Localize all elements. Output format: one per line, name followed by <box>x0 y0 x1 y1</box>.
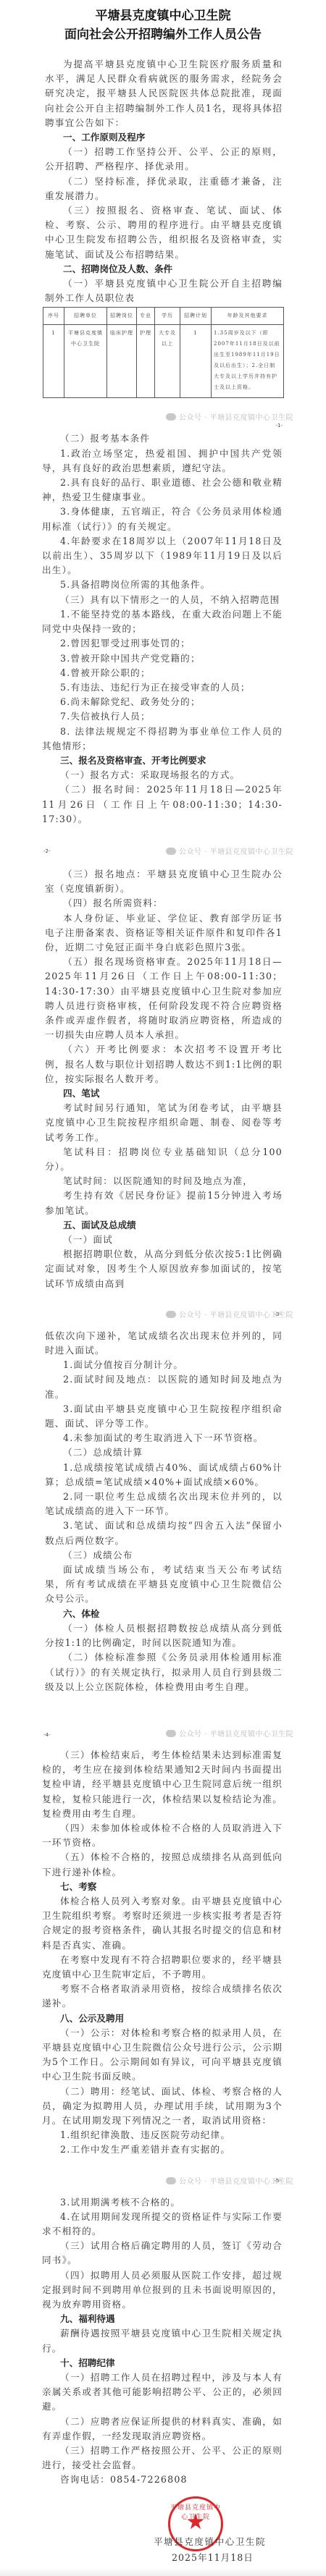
page-break-1: 公众号 · 平塘县克度镇中心卫生院 -1- <box>0 410 326 431</box>
subheading: （一）面试 <box>45 1233 283 1247</box>
title-line-2: 面向社会公开招聘编外工作人员公告 <box>0 25 326 44</box>
paragraph: 体检合格人员列入考察对象。由平塘县克度镇中心卫生院组织考察。考察时还须进一步核实… <box>42 1894 283 1953</box>
paragraph: （三）试用合格后确定聘用的人员，签订《劳动合同书》。 <box>42 2239 283 2268</box>
paragraph: （四）报名所需资料： <box>45 896 283 911</box>
paragraph: 8. 法律法规规定不得招聘为事业单位工作人员的其他情形； <box>42 725 283 753</box>
paragraph: 5.有违法、违纪行为正在接受审查的人员； <box>42 680 283 695</box>
paragraph: （三）招聘工作严格按照公开、公平、公正的原则进行，接受社会监督。 <box>42 2444 283 2472</box>
paragraph: （二）报名时间：2025年11月18日—2025年11月26日（工作日上午08:… <box>42 782 283 827</box>
paragraph: 本人身份证、毕业证、学位证、教育部学历证书电子注册备案表、资格证等相关证件原件和… <box>45 911 283 955</box>
col-header: 序号 <box>43 308 64 325</box>
paragraph: 考察不合格者取消录用资格，按综合成绩排名依次递补。 <box>42 1982 283 2011</box>
section-8-heading: 八、公示及聘用 <box>42 2011 283 2026</box>
paragraph: 5.具备招聘岗位所需的其他条件。 <box>42 578 283 592</box>
cell-unit: 平塘县克度镇中心卫生院 <box>64 325 107 398</box>
paragraph: 3.笔试、面试和总成绩均按“四舍五入法”保留小数点后两位数字。 <box>45 1519 283 1547</box>
col-header: 招聘计划 <box>180 308 212 325</box>
paragraph: 3.试用期满考核不合格的。 <box>42 2195 283 2210</box>
paragraph: 4.曾被开除公职的； <box>42 666 283 680</box>
paragraph: 考生持有效《居民身份证》提前15分钟进入考场参加笔试。 <box>45 1188 283 1217</box>
paragraph: 3.曾被开除中国共产党党籍的； <box>42 651 283 666</box>
col-header: 学历 <box>155 308 180 325</box>
paragraph: 3.身体健康，五官端正，符合《公务员录用体检通用标准（试行）》的有关规定。 <box>42 504 283 533</box>
table-header-row: 序号 招聘单位 招聘岗位 专业 学历 招聘计划 年龄及其他要求 <box>43 308 284 325</box>
paragraph: （五）体检不合格的，按照总成绩排名从高到低向下进行递补体检。 <box>42 1850 283 1879</box>
paragraph: 2.工作中发生严重差错并查有实据的。 <box>42 2142 283 2157</box>
signature-block: 平塘县克度镇中心卫生院 ★ 平塘县克度镇中心卫生院 2025年11月18日 <box>0 2495 326 2567</box>
section-7-heading: 七、考察 <box>42 1880 283 1894</box>
star-icon: ★ <box>170 2512 221 2533</box>
watermark: 公众号 · 平塘县克度镇中心卫生院 <box>166 1728 293 1739</box>
col-header: 招聘岗位 <box>107 308 137 325</box>
watermark: 公众号 · 平塘县克度镇中心卫生院 <box>166 411 293 422</box>
subheading: （二）总成绩计算 <box>45 1445 283 1460</box>
signature-date: 2025年11月18日 <box>172 2550 254 2564</box>
wechat-icon <box>166 413 176 421</box>
paragraph: 1.面试分值按百分制计分。 <box>45 1358 283 1372</box>
paragraph: （一）报名方式：采取现场报名的方式。 <box>42 768 283 782</box>
paragraph: （二）坚持标准，择优录取，注重德才兼备，注重发展潜力。 <box>45 174 283 203</box>
paragraph: 考试时间另行通知，笔试为闭卷考试，由平塘县克度镇中心卫生院按程序组织命题、制卷、… <box>45 1101 283 1145</box>
page-break-3: 公众号 · 平塘县克度镇中心卫生院 -3- <box>0 1307 326 1329</box>
title-line-1: 平塘县克度镇中心卫生院 <box>0 7 326 25</box>
paragraph: （二）应聘者应保证所提供的材料真实、准确，如有弄虚作假，一经发现取消应聘资格。 <box>42 2415 283 2444</box>
paragraph: （五）报名现场资格审查。2025年11月18日—2025年11月26日（工作日上… <box>45 955 283 1042</box>
col-header: 招聘单位 <box>64 308 107 325</box>
page-2: （二）报考基本条件 1.政治立场坚定，热爱祖国、拥护中国共产党领导，具有良好的政… <box>0 431 326 826</box>
cell-education: 大专及以上 <box>155 325 180 398</box>
paragraph: 笔试科目：招聘岗位专业基础知识（总分100分）。 <box>45 1145 283 1174</box>
page-6: 3.试用期满考核不合格的。 4.在试用期间发现所提交的资格证件与实际工作要求不相… <box>0 2195 326 2488</box>
cell-requirements: 1.35周岁及以下（即2007年11月18日及以前出生至1989年11月19日及… <box>212 325 284 398</box>
paragraph: （二）聘用：经笔试、面试、体检、考察合格的人员，确定为拟聘用人员，办理试用手续，… <box>42 2085 283 2129</box>
col-header: 年龄及其他要求 <box>212 308 284 325</box>
table-row: 1 平塘县克度镇中心卫生院 临床护理 护理 大专及以上 1 1.35周岁及以下（… <box>43 325 284 398</box>
paragraph: （一）体检人员根据招聘数按总成绩从高分到低分按1:1的比例确定，时间以医院通知为… <box>45 1621 283 1650</box>
cell-post: 临床护理 <box>107 325 137 398</box>
paragraph: 1.不能坚持党的基本路线，在重大政治问题上不能同党中央保持一致的； <box>42 607 283 636</box>
page-break-5: 公众号 · 平塘县克度镇中心卫生院 -5- <box>0 2174 326 2195</box>
table-intro: （一）平塘县克度镇中心卫生院公开自主招聘编制外工作人员职位表 <box>45 276 283 305</box>
paragraph: （四）未参加体检或体检不合格的人员取消进入下一环节资格。 <box>42 1821 283 1850</box>
paragraph: （一）公示：对体检和考察合格的拟录用人员，在平塘县克度镇中心卫生院微信公众号进行… <box>42 2026 283 2085</box>
paragraph: （六）开考比例要求：本次招考不设置开考比例，报名人数与职位计划招聘人数达不到1:… <box>45 1042 283 1086</box>
paragraph: 4.未参加面试的考生取消进入下一环节资格。 <box>45 1431 283 1445</box>
paragraph: （三）体检结束后，考生体检结果未达到标准需复检的，考生应在接到体检结果通知2天时… <box>42 1748 283 1821</box>
paragraph: 3.面试由平塘县克度镇中心卫生院按程序组织命题、面试、评分等工作。 <box>45 1402 283 1431</box>
bottom-edge <box>0 2567 326 2576</box>
cell-plan: 1 <box>180 325 212 398</box>
paragraph: 2.同一职位考生总成绩名次出现末位并列的，以笔试成绩高的进入下一环节。 <box>45 1490 283 1519</box>
subheading: （三）成绩公布 <box>45 1548 283 1563</box>
wechat-icon <box>166 1730 176 1737</box>
page-1: 为提高平塘县克度镇中心卫生院医疗服务质量和水平，满足人民群众看病就医的服务需求，… <box>0 57 326 398</box>
wechat-icon <box>166 2177 176 2184</box>
paragraph: 4.年龄要求在18周岁以上（2007年11月18日及以前出生）、35周岁以下（1… <box>42 534 283 578</box>
intro-paragraph: 为提高平塘县克度镇中心卫生院医疗服务质量和水平，满足人民群众看病就医的服务需求，… <box>45 57 283 130</box>
paragraph: 在考察中发现有不符合招聘职位要求的，经平塘县克度镇中心卫生院审定后，不予聘用。 <box>42 1953 283 1982</box>
paragraph: 2.具有良好的品行、职业道德、社会公德和敬业精神，热爱卫生健康事业。 <box>42 476 283 504</box>
positions-table: 序号 招聘单位 招聘岗位 专业 学历 招聘计划 年龄及其他要求 1 平塘县克度镇… <box>43 307 284 398</box>
paragraph: 低依次向下递补，笔试成绩名次出现末位并列的，同时进入面试。 <box>45 1329 283 1358</box>
section-3-heading: 三、报名及资格审查、开考比例要求 <box>42 753 283 768</box>
page-number: -1- <box>275 423 283 428</box>
paragraph: （三）按照报名、资格审查、笔试、面试、体检、考察、公示、聘用的程序进行。由平塘县… <box>45 203 283 262</box>
paragraph: （一）招聘工作坚持公开、公平、公正的原则，公开招聘、严格程序、择优录用。 <box>45 145 283 174</box>
document-title: 平塘县克度镇中心卫生院 面向社会公开招聘编外工作人员公告 <box>0 0 326 44</box>
paragraph: （二）体检标准参照《公务员录用体检通用标准（试行）》的有关规定执行，拟录用人员自… <box>45 1650 283 1694</box>
section-10-heading: 十、招聘纪律 <box>42 2356 283 2370</box>
page-3: （三）报名地点：平塘县克度镇中心卫生院办公室（克度镇新街）。 （四）报名所需资料… <box>0 867 326 1291</box>
paragraph: 1.政治立场坚定，热爱祖国、拥护中国共产党领导，具有良好的政治思想素质，遵纪守法… <box>42 447 283 476</box>
paragraph: 1.总成绩按笔试成绩占40%、面试成绩占60%计算；总成绩=笔试成绩×40%+面… <box>45 1461 283 1490</box>
paragraph: 笔试时间：以医院通知的时间及地点为准， <box>45 1174 283 1188</box>
paragraph: 7.失信被执行人员； <box>42 709 283 724</box>
cell-major: 护理 <box>137 325 155 398</box>
paragraph: 4.在试用期间发现所提交的资格证件与实际工作要求不相符的。 <box>42 2210 283 2239</box>
paragraph: 薪酬待遇按照平塘县克度镇中心卫生院相关规定执行。 <box>42 2326 283 2355</box>
page-number: -2- <box>43 848 51 854</box>
paragraph: 2.曾因犯罪受过刑事处罚的； <box>42 636 283 651</box>
watermark: 公众号 · 平塘县克度镇中心卫生院 <box>166 845 293 856</box>
col-header: 专业 <box>137 308 155 325</box>
section-6-heading: 六、体检 <box>45 1607 283 1621</box>
subheading: （二）报考基本条件 <box>42 431 283 446</box>
subheading: （三）具有以下情形之一的人员，不纳入招聘范围 <box>42 593 283 607</box>
paragraph: 根据招聘职位数，从高分到低分依次按5:1比例确定面试对象，因考生个人原因放弃参加… <box>45 1247 283 1291</box>
consult-phone: 咨询电话：0854-7226808 <box>42 2472 283 2487</box>
page-break-4: -4- 公众号 · 平塘县克度镇中心卫生院 <box>0 1726 326 1748</box>
wechat-icon <box>166 848 176 855</box>
page-number: -5- <box>274 2178 281 2184</box>
page-4: 低依次向下递补，笔试成绩名次出现末位并列的，同时进入面试。 1.面试分值按百分制… <box>0 1329 326 1694</box>
announcement-document: 平塘县克度镇中心卫生院 面向社会公开招聘编外工作人员公告 为提高平塘县克度镇中心… <box>0 0 326 2576</box>
paragraph: 1.组织纪律涣散、违反医院劳动纪律。 <box>42 2128 283 2142</box>
section-9-heading: 九、福利待遇 <box>42 2312 283 2326</box>
wechat-icon <box>166 1311 176 1318</box>
paragraph: （四）拟聘用人员必须服从医院工作安排，超过规定报到时间不到聘用单位报到的且未书面… <box>42 2268 283 2313</box>
paragraph: （一）招聘工作人员在招聘过程中，涉及与本人有亲属关系或者其他可能影响招聘公平、公… <box>42 2370 283 2415</box>
paragraph: 2.面试时间及地点：以医院的通知时间及地点为准。 <box>45 1372 283 1401</box>
page-5: （三）体检结束后，考生体检结果未达到标准需复检的，考生应在接到体检结果通知2天时… <box>0 1748 326 2158</box>
section-4-heading: 四、笔试 <box>45 1086 283 1101</box>
page-break-2: -2- 公众号 · 平塘县克度镇中心卫生院 <box>0 845 326 867</box>
section-2-heading: 二、招聘岗位及人数、条件 <box>45 262 283 276</box>
page-number: -4- <box>43 1732 51 1738</box>
section-5-heading: 五、面试及总成绩 <box>45 1218 283 1233</box>
signature-org: 平塘县克度镇中心卫生院 <box>154 2534 266 2548</box>
paragraph: 6.尚未解除党纪、政务处分的； <box>42 695 283 709</box>
paragraph: （三）报名地点：平塘县克度镇中心卫生院办公室（克度镇新街）。 <box>45 867 283 896</box>
section-1-heading: 一、工作原则及程序 <box>45 130 283 145</box>
page-number: -3- <box>274 1312 281 1317</box>
cell-index: 1 <box>43 325 64 398</box>
paragraph: 面试成绩当场公布，考试结束当天公布考试结果，所有考试成绩在平塘县克度镇中心卫生院… <box>45 1563 283 1607</box>
